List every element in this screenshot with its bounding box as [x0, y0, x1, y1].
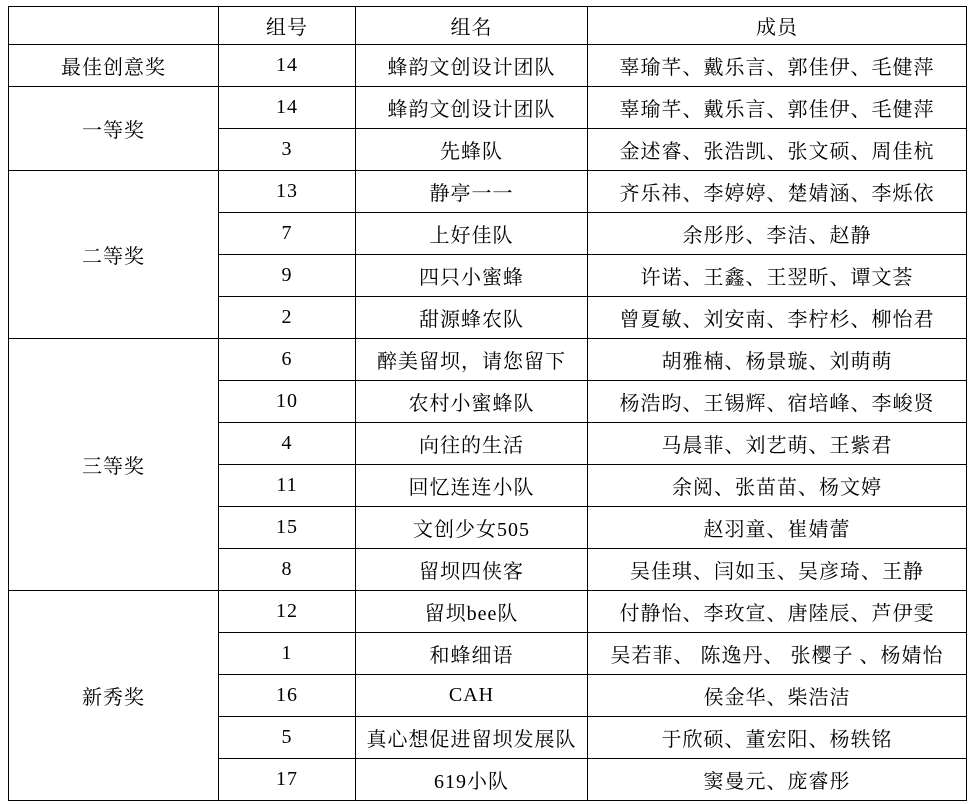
group-no-cell: 15: [219, 507, 356, 549]
members-cell: 吴若菲、 陈逸丹、 张樱子 、杨婧怡: [588, 633, 967, 675]
group-name-cell: 四只小蜜蜂: [356, 255, 588, 297]
members-cell: 辜瑜芊、戴乐言、郭佳伊、毛健萍: [588, 45, 967, 87]
group-name-cell: 农村小蜜蜂队: [356, 381, 588, 423]
group-no-cell: 10: [219, 381, 356, 423]
group-name-cell: 甜源蜂农队: [356, 297, 588, 339]
group-no-cell: 6: [219, 339, 356, 381]
group-no-cell: 12: [219, 591, 356, 633]
members-cell: 赵羽童、崔婧蕾: [588, 507, 967, 549]
group-name-cell: CAH: [356, 675, 588, 717]
award-category-cell: 一等奖: [9, 87, 219, 171]
group-name-cell: 蜂韵文创设计团队: [356, 87, 588, 129]
members-cell: 齐乐祎、李婷婷、楚婧涵、李烁依: [588, 171, 967, 213]
document-page: 组号 组名 成员 最佳创意奖14蜂韵文创设计团队辜瑜芊、戴乐言、郭佳伊、毛健萍一…: [0, 0, 974, 804]
members-cell: 侯金华、柴浩洁: [588, 675, 967, 717]
awards-table: 组号 组名 成员 最佳创意奖14蜂韵文创设计团队辜瑜芊、戴乐言、郭佳伊、毛健萍一…: [8, 6, 967, 801]
members-cell: 辜瑜芊、戴乐言、郭佳伊、毛健萍: [588, 87, 967, 129]
group-no-cell: 2: [219, 297, 356, 339]
award-category-cell: 三等奖: [9, 339, 219, 591]
members-cell: 杨浩昀、王锡辉、宿培峰、李峻贤: [588, 381, 967, 423]
group-no-cell: 4: [219, 423, 356, 465]
group-name-cell: 静亭一一: [356, 171, 588, 213]
members-cell: 窦曼元、庞睿彤: [588, 759, 967, 801]
table-row: 新秀奖12留坝bee队付静怡、李玫宣、唐陸辰、芦伊雯: [9, 591, 967, 633]
table-row: 一等奖14蜂韵文创设计团队辜瑜芊、戴乐言、郭佳伊、毛健萍: [9, 87, 967, 129]
group-name-cell: 蜂韵文创设计团队: [356, 45, 588, 87]
col-header-group-no: 组号: [219, 7, 356, 45]
group-no-cell: 5: [219, 717, 356, 759]
group-no-cell: 9: [219, 255, 356, 297]
table-row: 最佳创意奖14蜂韵文创设计团队辜瑜芊、戴乐言、郭佳伊、毛健萍: [9, 45, 967, 87]
group-no-cell: 7: [219, 213, 356, 255]
col-header-members: 成员: [588, 7, 967, 45]
members-cell: 金述睿、张浩凯、张文硕、周佳杭: [588, 129, 967, 171]
group-name-cell: 回忆连连小队: [356, 465, 588, 507]
group-no-cell: 8: [219, 549, 356, 591]
award-category-cell: 二等奖: [9, 171, 219, 339]
group-name-cell: 文创少女505: [356, 507, 588, 549]
col-header-group-name: 组名: [356, 7, 588, 45]
group-name-cell: 醉美留坝，请您留下: [356, 339, 588, 381]
group-no-cell: 16: [219, 675, 356, 717]
group-name-cell: 真心想促进留坝发展队: [356, 717, 588, 759]
group-name-cell: 向往的生活: [356, 423, 588, 465]
award-category-cell: 新秀奖: [9, 591, 219, 801]
members-cell: 曾夏敏、刘安南、李柠杉、柳怡君: [588, 297, 967, 339]
members-cell: 胡雅楠、杨景璇、刘萌萌: [588, 339, 967, 381]
awards-table-body: 最佳创意奖14蜂韵文创设计团队辜瑜芊、戴乐言、郭佳伊、毛健萍一等奖14蜂韵文创设…: [9, 45, 967, 801]
group-no-cell: 14: [219, 87, 356, 129]
group-no-cell: 17: [219, 759, 356, 801]
group-no-cell: 14: [219, 45, 356, 87]
group-name-cell: 和蜂细语: [356, 633, 588, 675]
table-row: 二等奖13静亭一一齐乐祎、李婷婷、楚婧涵、李烁依: [9, 171, 967, 213]
awards-table-header: 组号 组名 成员: [9, 7, 967, 45]
table-row: 三等奖6醉美留坝，请您留下胡雅楠、杨景璇、刘萌萌: [9, 339, 967, 381]
group-no-cell: 13: [219, 171, 356, 213]
group-no-cell: 11: [219, 465, 356, 507]
group-no-cell: 1: [219, 633, 356, 675]
group-name-cell: 留坝bee队: [356, 591, 588, 633]
members-cell: 吴佳琪、闫如玉、吴彦琦、王静: [588, 549, 967, 591]
header-row: 组号 组名 成员: [9, 7, 967, 45]
award-category-cell: 最佳创意奖: [9, 45, 219, 87]
members-cell: 余彤彤、李洁、赵静: [588, 213, 967, 255]
members-cell: 余阅、张苗苗、杨文婷: [588, 465, 967, 507]
members-cell: 许诺、王鑫、王翌昕、谭文荟: [588, 255, 967, 297]
group-name-cell: 619小队: [356, 759, 588, 801]
group-name-cell: 先蜂队: [356, 129, 588, 171]
members-cell: 于欣硕、董宏阳、杨轶铭: [588, 717, 967, 759]
group-name-cell: 留坝四侠客: [356, 549, 588, 591]
col-header-award: [9, 7, 219, 45]
members-cell: 马晨菲、刘艺萌、王紫君: [588, 423, 967, 465]
members-cell: 付静怡、李玫宣、唐陸辰、芦伊雯: [588, 591, 967, 633]
group-name-cell: 上好佳队: [356, 213, 588, 255]
group-no-cell: 3: [219, 129, 356, 171]
